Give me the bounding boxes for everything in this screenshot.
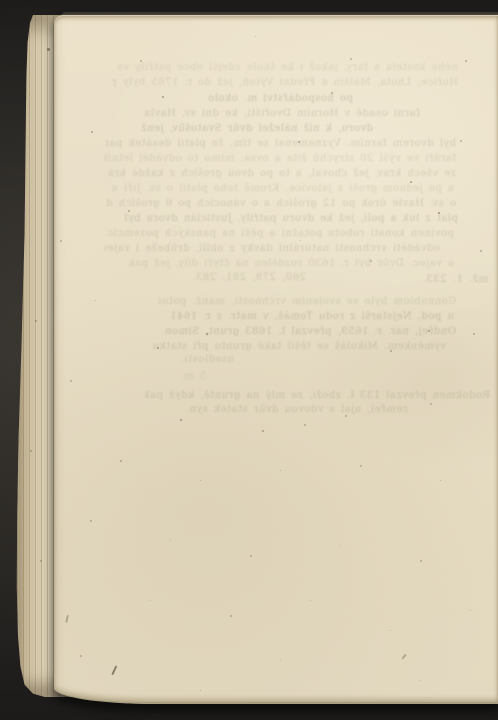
bleedthrough-line: odváděti vrchnosti naturální dávky z obi… xyxy=(104,243,440,255)
paper-speck xyxy=(438,212,440,214)
bleedthrough-line: povinen konati robotu potažní a pěší na … xyxy=(106,228,454,240)
stray-ink-mark xyxy=(401,654,406,660)
bleedthrough-line: Connubium bylo se svolením vrchnosti, ma… xyxy=(158,296,456,308)
paper-speck xyxy=(280,660,281,661)
paper-speck xyxy=(300,240,301,241)
bleedthrough-line: zemřel, ujal s vdovou dvůr statek syn. xyxy=(158,404,408,416)
bleedthrough-line: usedlosti. xyxy=(146,354,234,366)
paper-speck xyxy=(230,615,232,617)
paper-speck xyxy=(345,415,347,417)
bleedthrough-line: o sv. Havle úrok po 12 groších a o vánoc… xyxy=(106,198,456,210)
paper-speck xyxy=(60,240,62,242)
bleedthrough-line: 260, 279, 281, 283. xyxy=(106,272,306,284)
bleedthrough-line: Ondřej, nar. r. 1659, převzal l. 1683 gr… xyxy=(146,326,456,338)
paper-speck xyxy=(157,347,159,349)
paper-speck xyxy=(70,380,72,382)
bleedthrough-layer: ného kostela a fary, jakož i ke škole zd… xyxy=(0,0,498,720)
bleedthrough-line: byl dvorem farním. Vyznamenal se tím, že… xyxy=(106,138,456,150)
paper-speck xyxy=(280,470,281,471)
paper-speck xyxy=(390,630,391,631)
paper-speck xyxy=(331,92,333,94)
paper-speck xyxy=(150,600,151,601)
bleedthrough-line: faráři ve výši 20 strychů žita a ovsa; m… xyxy=(104,153,456,165)
bleedthrough-line: plat z luk a polí, jež ke dvoru patřily.… xyxy=(104,213,458,225)
paper-speck xyxy=(90,520,92,522)
scanned-book-photo: ného kostela a fary, jakož i ke škole zd… xyxy=(0,0,498,720)
paper-speck xyxy=(428,330,430,332)
paper-speck xyxy=(35,320,37,322)
paper-speck xyxy=(91,131,93,133)
bleedthrough-line: a vajec. Dvůr byl r. 1630 rozdělen na čt… xyxy=(108,258,454,270)
bleedthrough-line: po hospodářství m. okolo xyxy=(168,93,353,105)
paper-speck xyxy=(310,600,311,601)
bleedthrough-line: a po jednom groši z jalovice. Kromě toho… xyxy=(104,183,454,195)
paper-speck xyxy=(450,300,451,301)
paper-speck xyxy=(480,250,482,252)
paper-speck xyxy=(360,465,362,467)
bleedthrough-line: u pod. Nejstarší z rodu Tomáš, v matr. z… xyxy=(146,311,454,323)
paper-speck xyxy=(180,419,182,421)
bleedthrough-line: ze všech krav, jež choval, a to po dvou … xyxy=(108,168,456,180)
paper-speck xyxy=(128,210,130,212)
paper-speck xyxy=(410,181,412,183)
paper-speck xyxy=(460,140,462,142)
paper-speck xyxy=(95,300,96,301)
paper-speck xyxy=(298,141,300,143)
paper-speck xyxy=(170,540,171,541)
paper-speck xyxy=(370,260,372,262)
stray-ink-mark xyxy=(65,615,68,623)
stray-ink-mark xyxy=(111,665,117,675)
paper-speck xyxy=(390,350,392,352)
bleedthrough-line: mž. 1. 233. xyxy=(408,274,488,286)
paper-speck xyxy=(420,560,422,562)
paper-speck xyxy=(40,560,42,562)
bleedthrough-line: 5 m. xyxy=(158,371,206,383)
paper-speck xyxy=(440,480,441,481)
paper-speck xyxy=(465,60,467,62)
bleedthrough-line: Rodokmen převzal 133 l. zboží, ze mlý na… xyxy=(145,390,490,402)
paper-speck xyxy=(304,424,306,426)
paper-speck xyxy=(470,610,471,611)
paper-speck xyxy=(473,333,475,335)
paper-speck xyxy=(262,430,264,432)
paper-speck xyxy=(30,450,32,452)
paper-speck xyxy=(47,48,50,51)
paper-speck xyxy=(350,58,352,60)
paper-speck xyxy=(255,36,256,37)
paper-speck xyxy=(120,460,122,462)
paper-speck xyxy=(430,403,432,405)
paper-speck xyxy=(340,545,341,546)
paper-speck xyxy=(200,480,201,481)
bleedthrough-line: Hořice, Lhota, Malšín a Přední Výtoň, je… xyxy=(112,77,458,89)
paper-speck xyxy=(206,333,208,335)
paper-speck xyxy=(80,655,82,657)
paper-speck xyxy=(140,60,142,62)
paper-speck xyxy=(162,96,164,98)
bleedthrough-line: výměnkem. Mikuláš se těšil také gruntu p… xyxy=(146,341,446,353)
bleedthrough-line: farní osadě v Horním Dvořišti, ke dni sv… xyxy=(130,108,420,120)
bleedthrough-line: ného kostela a fary, jakož i ke škole zd… xyxy=(118,62,458,74)
paper-speck xyxy=(200,690,201,691)
paper-speck xyxy=(250,555,252,557)
bleedthrough-line: dvoru, k níž náležel dvůr Svatošův, jenž xyxy=(108,123,373,135)
paper-speck xyxy=(420,680,421,681)
